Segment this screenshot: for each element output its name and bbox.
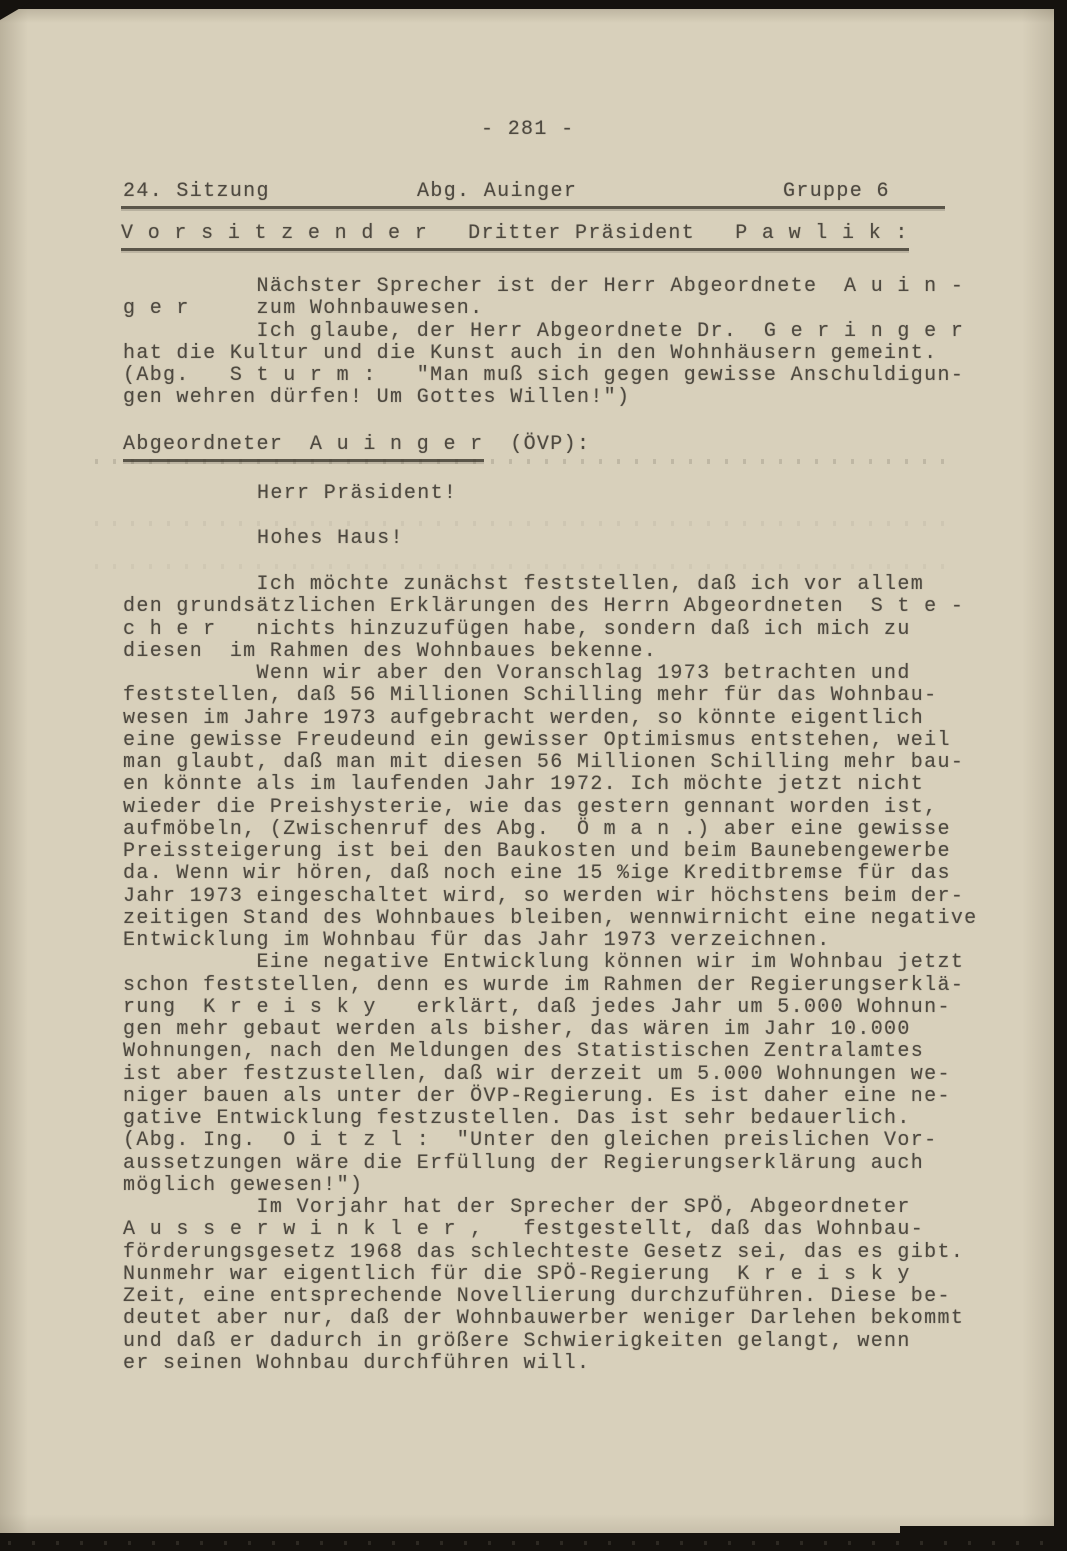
scan-artifact-row: [95, 521, 955, 526]
page-number: - 281 -: [481, 119, 574, 141]
header-speaker-ref: Abg. Auinger: [417, 181, 577, 203]
speaker-heading: Abgeordneter A u i n g e r (ÖVP):: [123, 434, 590, 462]
running-header: 24. Sitzung Abg. Auinger Gruppe 6: [121, 181, 945, 209]
speaker-heading-name: Abgeordneter A u i n g e r: [123, 434, 484, 462]
speaker-heading-party: (ÖVP):: [484, 433, 591, 456]
scan-artifact-row: [95, 564, 955, 569]
scan-border-bottom-step: [900, 1526, 1067, 1551]
chair-speech-paragraphs: Nächster Sprecher ist der Herr Abgeordne…: [123, 276, 964, 410]
scan-bottom-dots: [8, 1541, 1058, 1545]
scan-border-right: [1054, 0, 1067, 1551]
speech-body-paragraphs: Ich möchte zunächst feststellen, daß ich…: [123, 574, 978, 1375]
header-group-label: Gruppe 6: [783, 181, 890, 203]
scan-border-top: [0, 0, 1067, 9]
scanned-protocol-page: { "document": { "page_number": "- 281 -"…: [0, 0, 1067, 1551]
salutation-house: Hohes Haus!: [257, 528, 404, 550]
salutation-president: Herr Präsident!: [257, 483, 457, 505]
header-session-number: 24. Sitzung: [123, 181, 270, 203]
chair-heading: V o r s i t z e n d e r Dritter Präsiden…: [121, 223, 909, 251]
